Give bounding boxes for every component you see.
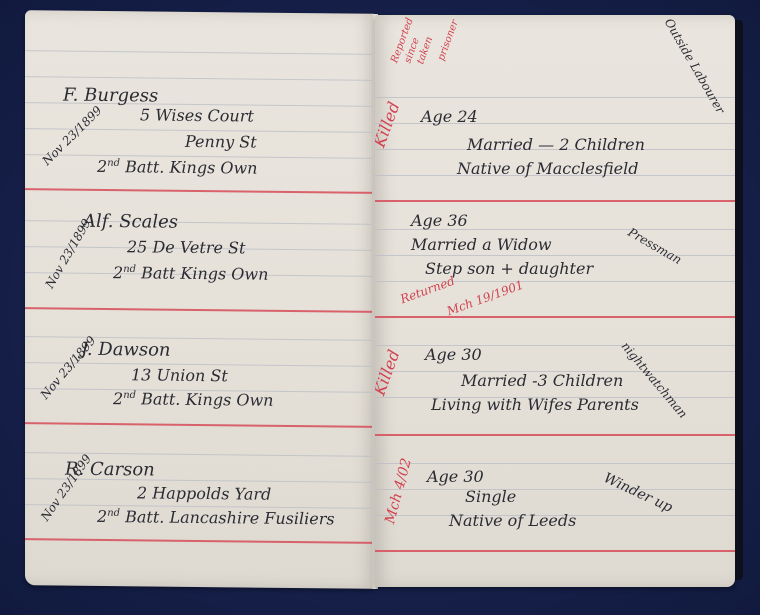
- entry-occupation: Winder up: [601, 470, 675, 516]
- red-note-return-date: Mch 19/1901: [445, 278, 525, 319]
- entry-address-line-1: 13 Union St: [131, 365, 228, 385]
- entry-unit: 2nd Batt Kings Own: [113, 263, 268, 284]
- red-divider-line: [25, 188, 375, 194]
- unit-number: 2: [97, 157, 107, 176]
- entry-detail-1: Married -3 Children: [461, 371, 623, 390]
- red-divider-line: [375, 550, 735, 552]
- entry-left-burgess: F. Burgess 5 Wises Court Penny St Nov 23…: [25, 10, 375, 14]
- entry-date: Nov 23/1899: [38, 333, 99, 401]
- entry-occupation: Outside Labourer: [662, 16, 728, 116]
- red-divider-line: [25, 422, 375, 428]
- entry-address-line-2: Penny St: [185, 132, 257, 152]
- entry-detail-2: Native of Macclesfield: [457, 159, 638, 178]
- unit-ordinal: nd: [107, 508, 120, 519]
- status-killed: Killed: [375, 347, 403, 398]
- unit-ordinal: nd: [123, 264, 136, 275]
- open-ledger-book: F. Burgess 5 Wises Court Penny St Nov 23…: [0, 0, 760, 615]
- status-killed: Killed: [375, 99, 403, 150]
- entry-unit: 2nd Batt. Lancashire Fusiliers: [97, 507, 335, 528]
- entry-name: Alf. Scales: [83, 211, 178, 233]
- unit-number: 2: [113, 389, 123, 408]
- unit-ordinal: nd: [123, 390, 136, 401]
- entry-name: F. Burgess: [63, 85, 158, 107]
- right-page: Reported since taken prisoner Killed Age…: [375, 15, 735, 587]
- entry-age: Age 36: [411, 211, 468, 230]
- unit-name: Batt Kings Own: [141, 263, 268, 283]
- entry-detail-2: Living with Wifes Parents: [431, 395, 639, 414]
- entry-detail-2: Native of Leeds: [449, 511, 576, 530]
- unit-name: Batt. Lancashire Fusiliers: [125, 507, 334, 528]
- ruled-line: [375, 463, 735, 464]
- entry-address-line-1: 5 Wises Court: [140, 105, 254, 125]
- ruled-line: [375, 97, 735, 98]
- red-note-prisoner: prisoner: [436, 19, 461, 63]
- ruled-line: [25, 336, 375, 341]
- red-divider-line: [25, 538, 375, 544]
- entry-unit: 2nd Batt. Kings Own: [113, 389, 273, 410]
- red-divider-line: [375, 316, 735, 318]
- unit-number: 2: [97, 507, 107, 526]
- entry-age: Age 30: [427, 467, 484, 486]
- left-page: F. Burgess 5 Wises Court Penny St Nov 23…: [25, 10, 375, 589]
- ruled-line: [375, 489, 735, 490]
- entry-detail-1: Single: [465, 487, 516, 506]
- ruled-line: [25, 50, 375, 55]
- entry-left-carson: R. Carson 2 Happolds Yard Nov 23/1899 2n…: [25, 10, 375, 14]
- entry-date: Nov 23/1899: [39, 103, 104, 168]
- entry-left-dawson: J. Dawson 13 Union St Nov 23/1899 2nd Ba…: [25, 10, 375, 14]
- unit-name: Batt. Kings Own: [125, 157, 257, 177]
- red-divider-line: [25, 307, 375, 313]
- red-note-returned: Returned: [398, 274, 456, 307]
- entry-age: Age 24: [421, 107, 478, 126]
- entry-age: Age 30: [425, 345, 482, 364]
- entry-date: Nov 23/1899: [42, 216, 93, 290]
- red-divider-line: [375, 434, 735, 436]
- entry-left-scales: Alf. Scales 25 De Vetre St Nov 23/1899 2…: [25, 10, 375, 14]
- unit-ordinal: nd: [107, 158, 120, 169]
- entry-detail-1: Married a Widow: [411, 235, 552, 254]
- entry-detail-1: Married — 2 Children: [467, 135, 645, 154]
- unit-number: 2: [113, 263, 123, 282]
- entry-unit: 2nd Batt. Kings Own: [97, 157, 257, 178]
- unit-name: Batt. Kings Own: [141, 389, 273, 409]
- red-divider-line: [375, 200, 735, 202]
- ruled-line: [25, 76, 375, 81]
- entry-address-line-1: 2 Happolds Yard: [137, 483, 271, 503]
- ruled-line: [25, 452, 375, 457]
- entry-address-line-1: 25 De Vetre St: [127, 237, 245, 257]
- book-cover-edge: [735, 20, 743, 580]
- entry-occupation: Pressman: [625, 225, 684, 267]
